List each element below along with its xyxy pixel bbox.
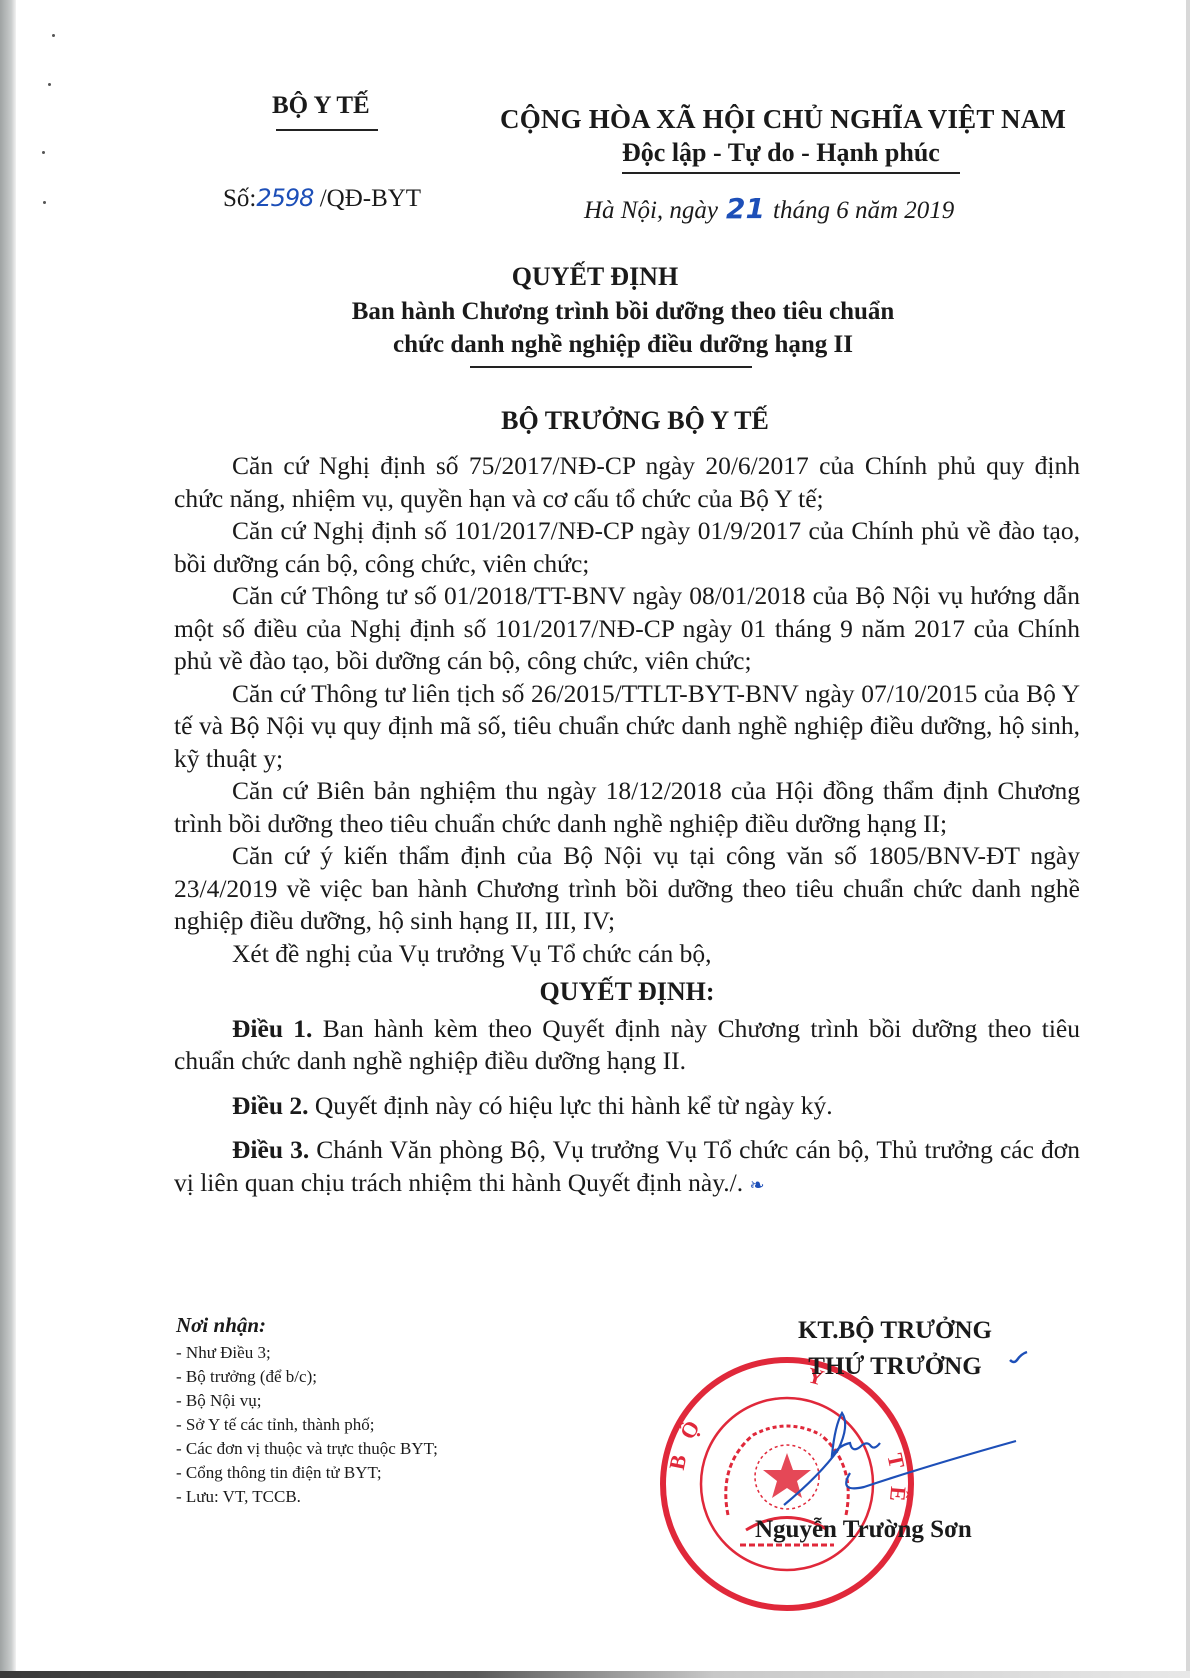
document-body: Căn cứ Nghị định số 75/2017/NĐ-CP ngày 2… [174, 450, 1080, 1214]
article-label: Điều 1. [232, 1014, 312, 1043]
national-title: CỘNG HÒA XÃ HỘI CHỦ NGHĨA VIỆT NAM [500, 104, 1066, 135]
date-day-handwritten: 21 [718, 192, 773, 225]
preamble-paragraph: Căn cứ Nghị định số 101/2017/NĐ-CP ngày … [174, 515, 1080, 580]
scan-speck [52, 34, 55, 37]
doc-number-prefix: Số: [223, 185, 256, 212]
preamble-paragraph: Căn cứ Thông tư liên tịch số 26/2015/TTL… [174, 678, 1080, 776]
scan-speck [43, 201, 46, 204]
recipients-block: Nơi nhận: - Như Điều 3; - Bộ trưởng (để … [176, 1313, 438, 1509]
preamble-paragraph: Xét đề nghị của Vụ trưởng Vụ Tổ chức cán… [174, 938, 1080, 971]
doc-number-handwritten: 2598 [256, 184, 313, 212]
motto-underline [622, 172, 960, 174]
article-label: Điều 3. [232, 1135, 309, 1164]
initial-mark-icon: ❧ [750, 1175, 765, 1196]
signer-name: Nguyễn Trường Sơn [755, 1516, 972, 1544]
preamble-paragraph: Căn cứ ý kiến thẩm định của Bộ Nội vụ tạ… [174, 840, 1080, 938]
document-subtitle-line2: chức danh nghề nghiệp điều dưỡng hạng II [28, 331, 1190, 359]
article-label: Điều 2. [232, 1091, 309, 1120]
subtitle-underline [470, 366, 752, 368]
preamble-paragraph: Căn cứ Nghị định số 75/2017/NĐ-CP ngày 2… [174, 450, 1080, 515]
check-mark-icon [1008, 1350, 1028, 1366]
preamble-paragraph: Căn cứ Thông tư số 01/2018/TT-BNV ngày 0… [174, 580, 1080, 678]
article-3: Điều 3. Chánh Văn phòng Bộ, Vụ trưởng Vụ… [174, 1134, 1080, 1202]
date-prefix: Hà Nội, ngày [584, 197, 718, 224]
document-subtitle-line1: Ban hành Chương trình bồi dưỡng theo tiê… [28, 298, 1190, 326]
doc-number-suffix: /QĐ-BYT [313, 185, 421, 212]
agency-underline [276, 129, 378, 131]
document-title: QUYẾT ĐỊNH [0, 262, 1190, 292]
recipient-item: - Lưu: VT, TCCB. [176, 1485, 438, 1509]
recipients-title: Nơi nhận: [176, 1313, 438, 1338]
recipient-item: - Như Điều 3; [176, 1341, 438, 1365]
scan-edge-left [0, 0, 16, 1678]
scan-edge-right [1186, 0, 1190, 1678]
document-number: Số:2598 /QĐ-BYT [223, 184, 421, 213]
issuing-authority: BỘ TRƯỞNG BỘ Y TẾ [40, 406, 1190, 436]
article-text: Chánh Văn phòng Bộ, Vụ trưởng Vụ Tổ chức… [174, 1135, 1080, 1197]
signature-title-line1: KT.BỘ TRƯỞNG [750, 1313, 1040, 1349]
decision-heading: QUYẾT ĐỊNH: [174, 976, 1080, 1009]
recipient-item: - Bộ Nội vụ; [176, 1389, 438, 1413]
signature-title: KT.BỘ TRƯỞNG THỨ TRƯỞNG [750, 1313, 1040, 1385]
recipient-item: - Bộ trưởng (để b/c); [176, 1365, 438, 1389]
recipient-item: - Cổng thông tin điện tử BYT; [176, 1461, 438, 1485]
scan-speck [42, 151, 45, 154]
article-1: Điều 1. Ban hành kèm theo Quyết định này… [174, 1013, 1080, 1078]
scan-edge-bottom [0, 1671, 1190, 1678]
date-suffix: tháng 6 năm 2019 [773, 197, 954, 224]
scan-speck [48, 83, 51, 86]
signature-title-line2: THỨ TRƯỞNG [750, 1349, 1040, 1385]
recipient-item: - Các đơn vị thuộc và trực thuộc BYT; [176, 1437, 438, 1461]
recipient-item: - Sở Y tế các tỉnh, thành phố; [176, 1413, 438, 1437]
date-line: Hà Nội, ngày21tháng 6 năm 2019 [584, 192, 954, 225]
national-motto: Độc lập - Tự do - Hạnh phúc [622, 138, 940, 168]
handwritten-signature-icon [780, 1395, 1020, 1515]
article-2: Điều 2. Quyết định này có hiệu lực thi h… [174, 1090, 1080, 1123]
issuing-agency: BỘ Y TẾ [272, 92, 370, 120]
preamble-paragraph: Căn cứ Biên bản nghiệm thu ngày 18/12/20… [174, 775, 1080, 840]
article-text: Quyết định này có hiệu lực thi hành kể t… [309, 1091, 833, 1120]
